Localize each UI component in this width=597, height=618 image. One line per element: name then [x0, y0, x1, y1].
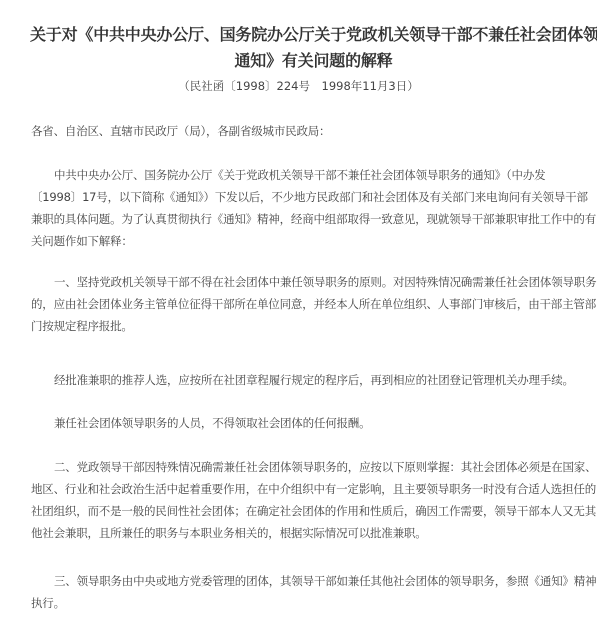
section-1-line: 的，应由社会团体业务主管单位征得干部所在单位同意，并经本人所在单位组织、人事部门…	[31, 293, 597, 315]
title-line-1: 关于对《中共中央办公厅、国务院办公厅关于党政机关领导干部不兼任社会团体领导职务的	[30, 22, 597, 48]
section-3-paragraph: 三、领导职务由中央或地方党委管理的团体，其领导干部如兼任其他社会团体的领导职务，…	[31, 570, 597, 614]
section-1-line: 一、坚持党政机关领导干部不得在社会团体中兼任领导职务的原则。对因特殊情况确需兼任…	[31, 271, 597, 293]
section-1-note-paragraph: 经批准兼职的推荐人选，应按所在社团章程履行规定的程序后，再到相应的社团登记管理机…	[31, 369, 597, 391]
section-2-line: 地区、行业和社会政治生活中起着重要作用，在中介组织中有一定影响，且主要领导职务一…	[31, 478, 597, 500]
section-2-paragraph: 二、党政领导干部因特殊情况确需兼任社会团体领导职务的，应按以下原则掌握：其社会团…	[31, 456, 597, 544]
addressee: 各省、自治区、直辖市民政厅（局），各副省级城市民政局：	[31, 120, 597, 142]
intro-line: 兼职的具体问题。为了认真贯彻执行《通知》精神，经商中组部取得一致意见，现就领导干…	[31, 208, 597, 230]
intro-line: 关问题作如下解释：	[31, 230, 597, 252]
section-3-line: 执行。	[31, 592, 597, 614]
intro-line: 〔1998〕17号，以下简称《通知》）下发以后，不少地方民政部门和社会团体及有关…	[31, 186, 597, 208]
section-2-line: 他社会兼职，且所兼任的职务与本职业务相关的，根据实际情况可以批准兼职。	[31, 522, 597, 544]
section-2-line: 二、党政领导干部因特殊情况确需兼任社会团体领导职务的，应按以下原则掌握：其社会团…	[31, 456, 597, 478]
intro-line: 中共中央办公厅、国务院办公厅《关于党政机关领导干部不兼任社会团体领导职务的通知》…	[31, 164, 597, 186]
section-1-note2-paragraph: 兼任社会团体领导职务的人员，不得领取社会团体的任何报酬。	[31, 412, 597, 434]
section-1-line: 门按规定程序报批。	[31, 315, 597, 337]
title-line-2: 通知》有关问题的解释	[30, 48, 597, 74]
section-1-paragraph: 一、坚持党政机关领导干部不得在社会团体中兼任领导职务的原则。对因特殊情况确需兼任…	[31, 271, 597, 337]
intro-paragraph: 中共中央办公厅、国务院办公厅《关于党政机关领导干部不兼任社会团体领导职务的通知》…	[31, 164, 597, 252]
section-1-note2: 兼任社会团体领导职务的人员，不得领取社会团体的任何报酬。	[31, 412, 597, 434]
section-1-note: 经批准兼职的推荐人选，应按所在社团章程履行规定的程序后，再到相应的社团登记管理机…	[31, 369, 597, 391]
document-number: （民社函〔1998〕224号 1998年11月3日）	[0, 78, 597, 94]
document-title: 关于对《中共中央办公厅、国务院办公厅关于党政机关领导干部不兼任社会团体领导职务的…	[30, 22, 597, 74]
section-2-line: 社团组织，而不是一般的民间性社会团体；在确定社会团体的作用和性质后，确因工作需要…	[31, 500, 597, 522]
document-page: 关于对《中共中央办公厅、国务院办公厅关于党政机关领导干部不兼任社会团体领导职务的…	[0, 0, 597, 618]
section-3-line: 三、领导职务由中央或地方党委管理的团体，其领导干部如兼任其他社会团体的领导职务，…	[31, 570, 597, 592]
addressee-text: 各省、自治区、直辖市民政厅（局），各副省级城市民政局：	[31, 120, 597, 142]
